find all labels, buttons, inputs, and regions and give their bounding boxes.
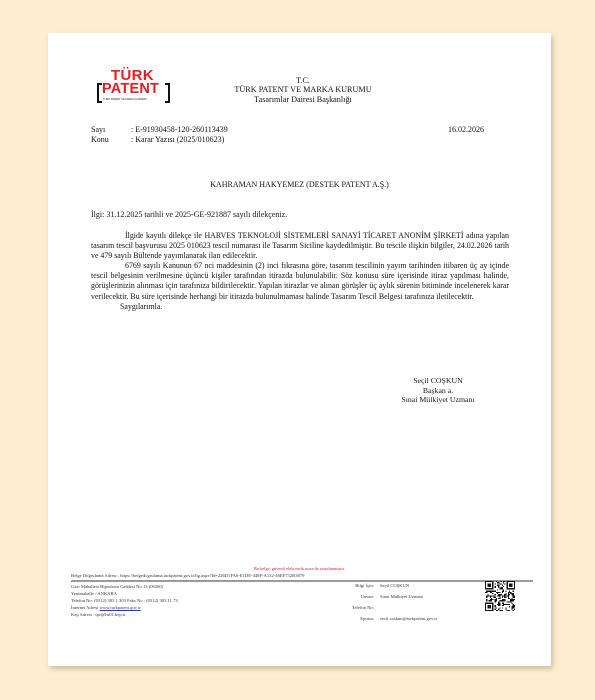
info-label: Unvan: — [338, 594, 374, 599]
address-line-1: Gazi Mahallesi Hipodrom Caddesi No:13 (0… — [71, 583, 178, 590]
sayi-label: Sayı — [91, 125, 131, 135]
letter-body: İlgide kayıtlı dilekçe ile HARVES TEKNOL… — [91, 231, 509, 312]
info-label: Eposta: — [338, 616, 374, 621]
konu-row: Konu: Karar Yazısı (2025/010623) — [91, 135, 228, 145]
greeting: Saygılarımla. — [91, 302, 509, 312]
reference-line: İlgi: 31.12.2025 tarihli ve 2025-GE-9218… — [91, 210, 287, 219]
sayi-row: Sayı: E-91930458-120-260113439 — [91, 125, 228, 135]
info-row: Unvan: Sınai Mülkiyet Uzmanı — [338, 594, 437, 605]
letterhead-tc: T.C. — [188, 76, 418, 85]
info-row: Eposta: secil.coskun@turkpatent.gov.tr — [338, 616, 437, 627]
internet-row: İnternet Adresi www.turkpatent.gov.tr — [71, 604, 178, 611]
logo-subtitle: TÜRK PATENT VE MARKA KURUMU — [103, 98, 147, 101]
footer-divider — [71, 580, 533, 582]
logo-bracket-right — [165, 83, 170, 103]
footer-address: Gazi Mahallesi Hipodrom Caddesi No:13 (0… — [71, 583, 178, 618]
info-value: Seçil COŞKUN — [380, 583, 409, 588]
info-label: Telefon No: — [338, 605, 374, 610]
info-value: Sınai Mülkiyet Uzmanı — [380, 594, 423, 599]
contact-info: Bilgi İçin: Seçil COŞKUN Unvan: Sınai Mü… — [338, 583, 437, 627]
info-value: secil.coskun@turkpatent.gov.tr — [380, 616, 437, 621]
kep-address: Kep Adresi : tpe@hs01.kep.tr — [71, 611, 178, 618]
paragraph-1: İlgide kayıtlı dilekçe ile HARVES TEKNOL… — [91, 231, 509, 261]
letterhead-institution: TÜRK PATENT VE MARKA KURUMU — [188, 85, 418, 94]
signer-position: Sınai Mülkiyet Uzmanı — [388, 395, 488, 405]
info-row: Bilgi İçin: Seçil COŞKUN — [338, 583, 437, 594]
qr-code-icon — [485, 581, 515, 611]
document-date: 16.02.2026 — [448, 125, 484, 134]
internet-label: İnternet Adresi — [71, 605, 100, 610]
sayi-value: : E-91930458-120-260113439 — [131, 125, 228, 134]
address-line-2: Yenimahalle / ANKARA — [71, 590, 178, 597]
konu-value: : Karar Yazısı (2025/010623) — [131, 135, 224, 144]
info-row: Telefon No: — [338, 605, 437, 616]
signature-block: Seçil COŞKUN Başkan a. Sınai Mülkiyet Uz… — [388, 376, 488, 405]
letterhead: T.C. TÜRK PATENT VE MARKA KURUMU Tasarım… — [188, 76, 418, 104]
letterhead-department: Tasarımlar Dairesi Başkanlığı — [188, 95, 418, 104]
document-page: TÜRK PATENT TÜRK PATENT VE MARKA KURUMU … — [48, 33, 551, 666]
konu-label: Konu — [91, 135, 131, 145]
signer-title: Başkan a. — [388, 386, 488, 396]
info-label: Bilgi İçin: — [338, 583, 374, 588]
turk-patent-logo: TÜRK PATENT TÜRK PATENT VE MARKA KURUMU — [97, 70, 169, 104]
logo-patent-text: PATENT — [102, 82, 159, 96]
phone-fax: Telefon No: (0312) 303 1 303 Faks No : (… — [71, 597, 178, 604]
verification-address[interactable]: Belge Doğrulama Adresi : https://belgedo… — [71, 573, 304, 578]
paragraph-2: 6769 sayılı Kanunun 67 nci maddesinin (2… — [91, 261, 509, 301]
website-link[interactable]: www.turkpatent.gov.tr — [100, 605, 141, 610]
document-meta: Sayı: E-91930458-120-260113439 Konu: Kar… — [91, 125, 228, 145]
e-signature-notice: Bu belge, güvenli elektronik imza ile im… — [48, 566, 551, 571]
signer-name: Seçil COŞKUN — [388, 376, 488, 386]
addressee: KAHRAMAN HAKYEMEZ (DESTEK PATENT A.Ş.) — [48, 180, 551, 189]
